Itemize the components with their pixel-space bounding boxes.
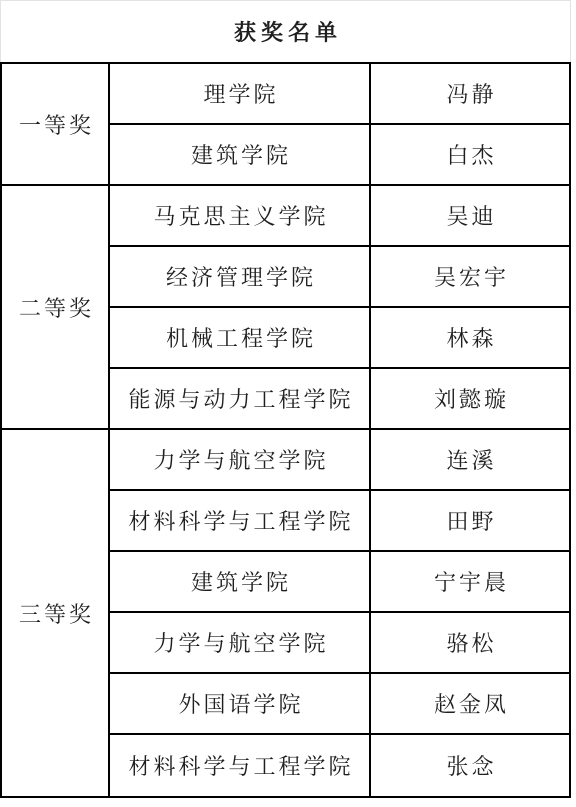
award-table: 获奖名单 一等奖 理学院 冯静 建筑学院 白杰 二等奖 马克思主义学院 吴迪 经…	[0, 0, 571, 798]
college-cell: 经济管理学院	[110, 247, 371, 308]
table-title-row: 获奖名单	[0, 0, 571, 62]
name-cell: 连溪	[371, 430, 569, 491]
prize-cell-first: 一等奖	[2, 64, 110, 186]
name-cell: 刘懿璇	[371, 369, 569, 430]
document-page: 获奖名单 一等奖 理学院 冯静 建筑学院 白杰 二等奖 马克思主义学院 吴迪 经…	[0, 0, 576, 807]
college-cell: 力学与航空学院	[110, 613, 371, 674]
name-cell: 田野	[371, 491, 569, 552]
name-cell: 宁宇晨	[371, 552, 569, 613]
name-cell: 赵金凤	[371, 674, 569, 735]
name-cell: 冯静	[371, 64, 569, 125]
college-cell: 建筑学院	[110, 552, 371, 613]
name-cell: 吴迪	[371, 186, 569, 247]
table-title: 获奖名单	[229, 16, 342, 47]
award-grid: 一等奖 理学院 冯静 建筑学院 白杰 二等奖 马克思主义学院 吴迪 经济管理学院…	[0, 62, 571, 798]
prize-cell-second: 二等奖	[2, 186, 110, 430]
name-cell: 吴宏宇	[371, 247, 569, 308]
college-cell: 材料科学与工程学院	[110, 735, 371, 796]
college-cell: 理学院	[110, 64, 371, 125]
college-cell: 机械工程学院	[110, 308, 371, 369]
college-cell: 建筑学院	[110, 125, 371, 186]
name-cell: 白杰	[371, 125, 569, 186]
name-cell: 张念	[371, 735, 569, 796]
name-cell: 林森	[371, 308, 569, 369]
college-cell: 力学与航空学院	[110, 430, 371, 491]
college-cell: 马克思主义学院	[110, 186, 371, 247]
college-cell: 材料科学与工程学院	[110, 491, 371, 552]
name-cell: 骆松	[371, 613, 569, 674]
college-cell: 能源与动力工程学院	[110, 369, 371, 430]
prize-cell-third: 三等奖	[2, 430, 110, 796]
college-cell: 外国语学院	[110, 674, 371, 735]
